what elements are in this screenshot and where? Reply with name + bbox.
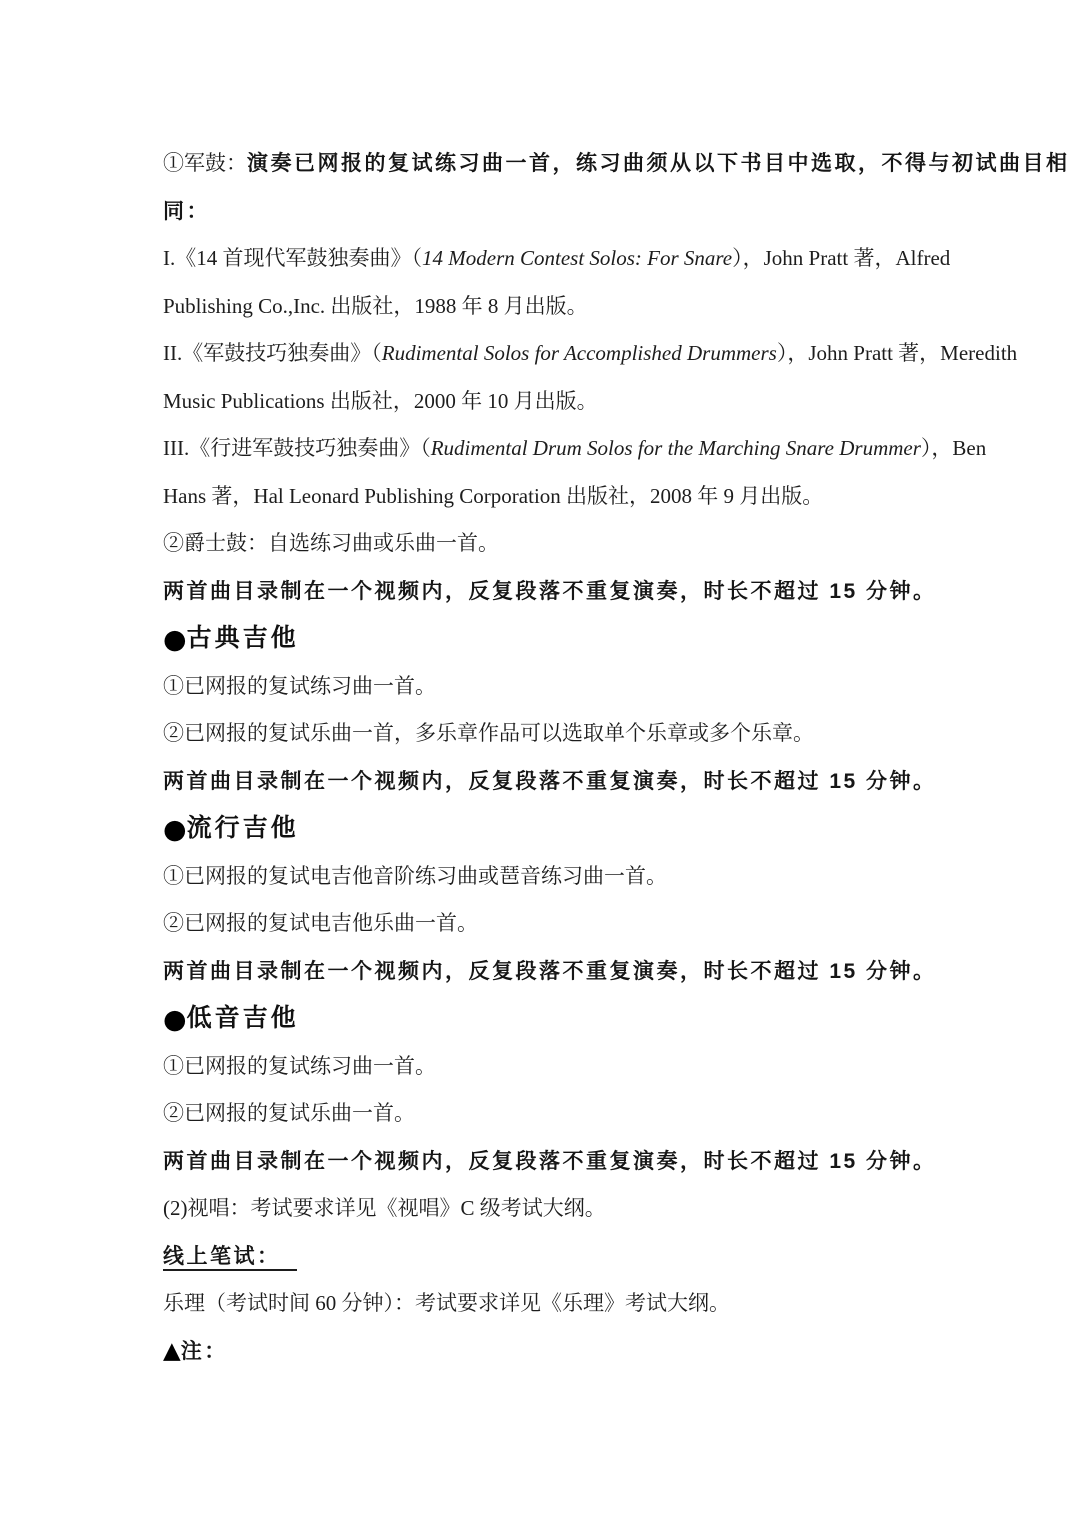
text-line: 两首曲目录制在一个视频内，反复段落不重复演奏，时长不超过 15 分钟。 [163, 1138, 926, 1186]
text-run: 两首曲目录制在一个视频内，反复段落不重复演奏，时长不超过 15 分钟。 [163, 960, 937, 983]
section-heading: ●古典吉他 [163, 615, 926, 663]
text-run: ②已网报的复试乐曲一首，多乐章作品可以选取单个乐章或多个乐章。 [163, 721, 814, 745]
text-line: 乐理（考试时间 60 分钟）：考试要求详见《乐理》考试大纲。 [163, 1280, 926, 1328]
text-run: ），Ben [921, 436, 986, 460]
text-run: 乐理（考试时间 60 分钟）：考试要求详见《乐理》考试大纲。 [163, 1291, 730, 1315]
bullet-icon: ● [163, 1004, 187, 1035]
text-run: Music Publications 出版社，2000 年 10 月出版。 [163, 389, 598, 413]
text-run: 两首曲目录制在一个视频内，反复段落不重复演奏，时长不超过 15 分钟。 [163, 770, 937, 793]
text-line: 线上笔试： [163, 1233, 926, 1281]
text-run: ②已网报的复试乐曲一首。 [163, 1101, 415, 1125]
text-run: ②已网报的复试电吉他乐曲一首。 [163, 911, 478, 935]
text-run: ①已网报的复试练习曲一首。 [163, 1054, 436, 1078]
text-run: 14 Modern Contest Solos: For Snare [422, 246, 732, 270]
document-body: ①军鼓：演奏已网报的复试练习曲一首，练习曲须从以下书目中选取，不得与初试曲目相同… [163, 140, 926, 1375]
text-line: ①已网报的复试练习曲一首。 [163, 663, 926, 711]
text-run: Hans 著，Hal Leonard Publishing Corporatio… [163, 484, 823, 508]
text-line: 两首曲目录制在一个视频内，反复段落不重复演奏，时长不超过 15 分钟。 [163, 568, 926, 616]
text-line: I.《14 首现代军鼓独奏曲》（14 Modern Contest Solos:… [163, 235, 926, 283]
text-run: Publishing Co.,Inc. 出版社，1988 年 8 月出版。 [163, 294, 588, 318]
section-heading: ●低音吉他 [163, 995, 926, 1043]
text-run: ①已网报的复试电吉他音阶练习曲或琶音练习曲一首。 [163, 864, 667, 888]
text-run: ①已网报的复试练习曲一首。 [163, 674, 436, 698]
text-line: III.《行进军鼓技巧独奏曲》（Rudimental Drum Solos fo… [163, 425, 926, 473]
text-run: II.《军鼓技巧独奏曲》（ [163, 341, 382, 365]
text-run: 注： [181, 1340, 228, 1363]
text-run: ②爵士鼓：自选练习曲或乐曲一首。 [163, 531, 499, 555]
text-line: Hans 著，Hal Leonard Publishing Corporatio… [163, 473, 926, 521]
text-run: 两首曲目录制在一个视频内，反复段落不重复演奏，时长不超过 15 分钟。 [163, 1150, 937, 1173]
text-run: 线上笔试： [163, 1245, 297, 1271]
text-line: 同： [163, 188, 926, 236]
text-run: Rudimental Solos for Accomplished Drumme… [382, 341, 777, 365]
text-line: ▲注： [163, 1328, 926, 1376]
text-line: Music Publications 出版社，2000 年 10 月出版。 [163, 378, 926, 426]
page: ①军鼓：演奏已网报的复试练习曲一首，练习曲须从以下书目中选取，不得与初试曲目相同… [0, 0, 1080, 1527]
text-line: II.《军鼓技巧独奏曲》（Rudimental Solos for Accomp… [163, 330, 926, 378]
section-heading: ●流行吉他 [163, 805, 926, 853]
text-run: I.《14 首现代军鼓独奏曲》（ [163, 246, 422, 270]
text-line: 两首曲目录制在一个视频内，反复段落不重复演奏，时长不超过 15 分钟。 [163, 758, 926, 806]
text-line: ①已网报的复试练习曲一首。 [163, 1043, 926, 1091]
text-line: Publishing Co.,Inc. 出版社，1988 年 8 月出版。 [163, 283, 926, 331]
text-run: ），John Pratt 著，Alfred [732, 246, 950, 270]
text-line: 两首曲目录制在一个视频内，反复段落不重复演奏，时长不超过 15 分钟。 [163, 948, 926, 996]
text-run: ①军鼓： [163, 151, 247, 175]
text-line: ①军鼓：演奏已网报的复试练习曲一首，练习曲须从以下书目中选取，不得与初试曲目相 [163, 140, 926, 188]
text-run: ），John Pratt 著，Meredith [777, 341, 1017, 365]
text-run: 两首曲目录制在一个视频内，反复段落不重复演奏，时长不超过 15 分钟。 [163, 580, 937, 603]
text-line: ②已网报的复试电吉他乐曲一首。 [163, 900, 926, 948]
text-line: ②已网报的复试乐曲一首，多乐章作品可以选取单个乐章或多个乐章。 [163, 710, 926, 758]
text-run: (2)视唱：考试要求详见《视唱》C 级考试大纲。 [163, 1196, 606, 1220]
text-run: 低音吉他 [187, 1004, 299, 1032]
text-run: 同： [163, 200, 210, 223]
note-triangle-icon: ▲ [163, 1338, 181, 1364]
text-run: Rudimental Drum Solos for the Marching S… [431, 436, 921, 460]
text-run: 演奏已网报的复试练习曲一首，练习曲须从以下书目中选取，不得与初试曲目相 [247, 152, 1070, 175]
bullet-icon: ● [163, 624, 187, 655]
text-line: ②爵士鼓：自选练习曲或乐曲一首。 [163, 520, 926, 568]
text-line: ①已网报的复试电吉他音阶练习曲或琶音练习曲一首。 [163, 853, 926, 901]
bullet-icon: ● [163, 814, 187, 845]
text-run: III.《行进军鼓技巧独奏曲》（ [163, 436, 431, 460]
text-run: 古典吉他 [187, 624, 299, 652]
text-line: (2)视唱：考试要求详见《视唱》C 级考试大纲。 [163, 1185, 926, 1233]
text-run: 流行吉他 [187, 814, 299, 842]
text-line: ②已网报的复试乐曲一首。 [163, 1090, 926, 1138]
